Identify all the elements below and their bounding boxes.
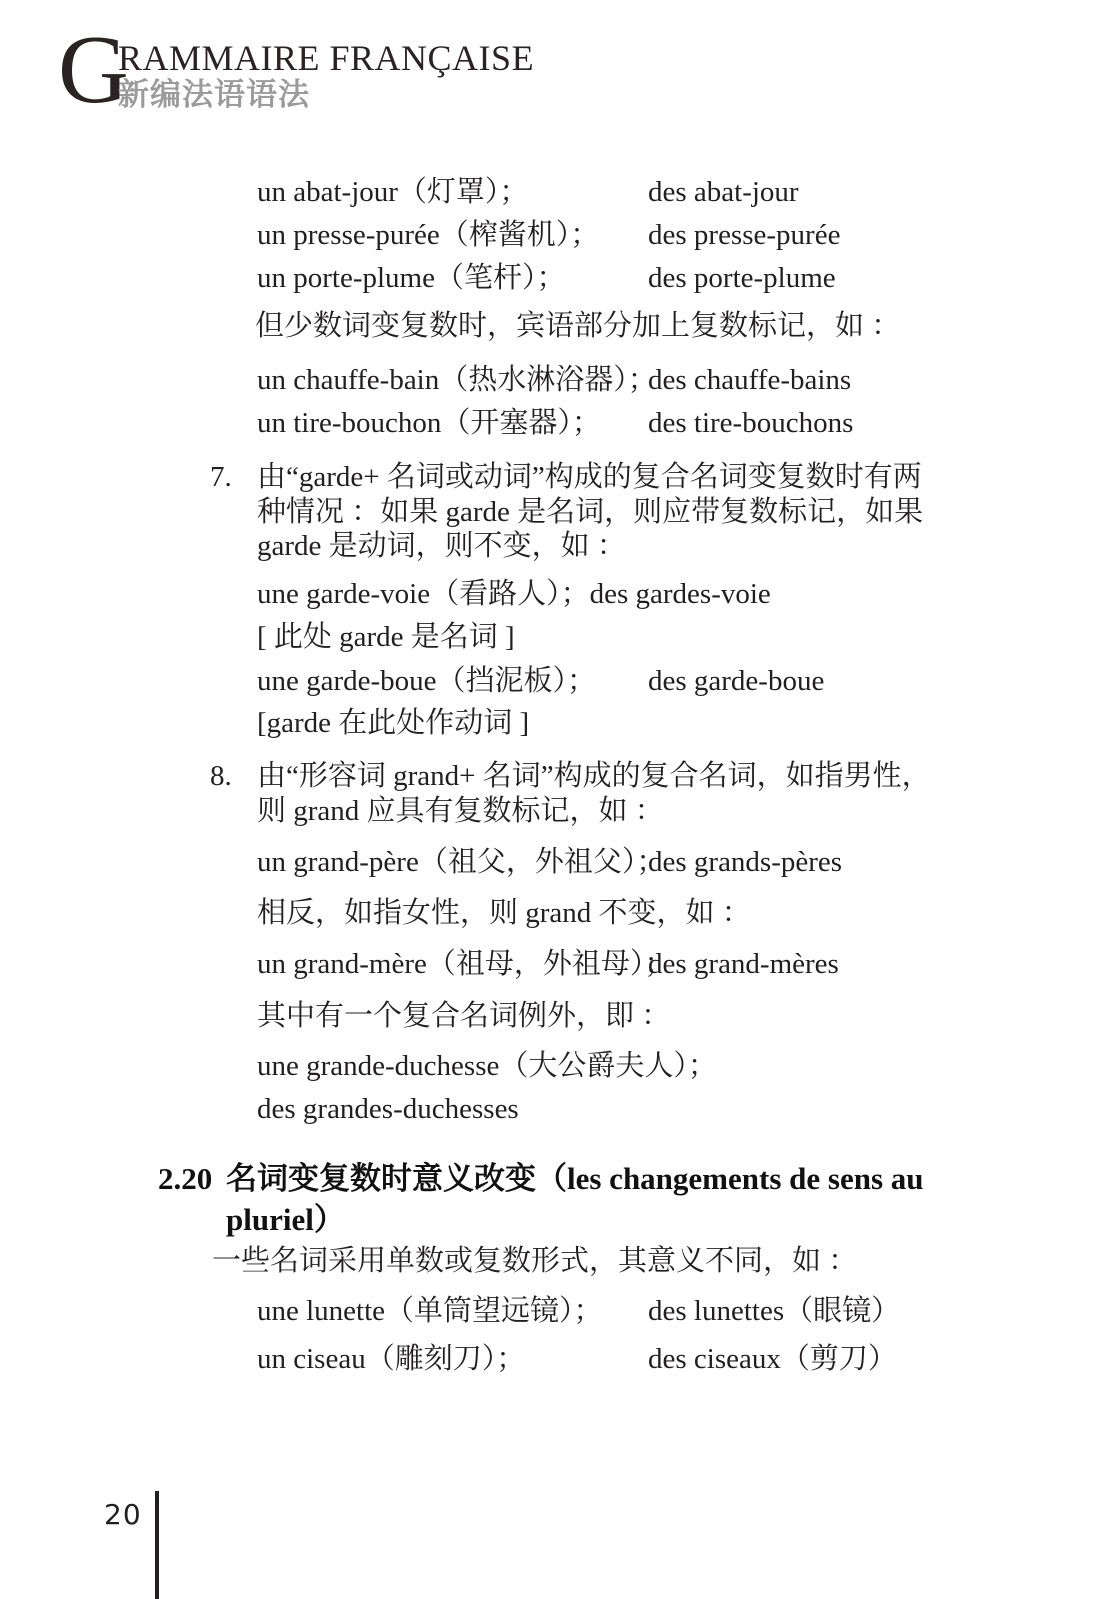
footer-rule [155, 1491, 159, 1599]
example-grandes-duchesses: des grandes-duchesses [257, 1093, 519, 1126]
example-plural: des porte-plume [648, 262, 836, 295]
example-row-chauffe-bain: un chauffe-bain（热水淋浴器）； des chauffe-bain… [257, 364, 851, 397]
example-singular: une lunette（单筒望远镜）； [257, 1295, 648, 1328]
section-intro: 一些名词采用单数或复数形式，其意义不同，如 ： [212, 1245, 857, 1278]
example-singular: une garde-boue（挡泥板）； [257, 665, 648, 698]
example-singular: un chauffe-bain（热水淋浴器）； [257, 364, 648, 397]
example-row-grand-mere: un grand-mère（祖母，外祖母）； des grand-mères [257, 948, 839, 981]
example-singular: un grand-père（祖父，外祖父）； [257, 846, 648, 879]
example-plural: des lunettes（眼镜） [648, 1295, 900, 1328]
note-exception: 其中有一个复合名词例外，即 ： [257, 1000, 670, 1033]
section-heading-2-20: 2.20 名词变复数时意义改变（les changements de sens … [158, 1158, 938, 1240]
example-row-abat-jour: un abat-jour（灯罩）； des abat-jour [257, 176, 799, 209]
logo-subtitle: 新编法语语法 [118, 78, 310, 112]
note-garde-noun: [ 此处 garde 是名词 ] [257, 621, 515, 654]
example-row-ciseau: un ciseau（雕刻刀）； des ciseaux（剪刀） [257, 1343, 897, 1376]
note-plural-marker: 但少数词变复数时，宾语部分加上复数标记，如 ： [255, 310, 900, 343]
example-plural: des presse-purée [648, 219, 840, 252]
example-plural: des abat-jour [648, 176, 799, 209]
example-row-presse-puree: un presse-purée（榨酱机）； des presse-purée [257, 219, 840, 252]
example-plural: des chauffe-bains [648, 364, 851, 397]
logo-title: RAMMAIRE FRANÇAISE [118, 40, 534, 76]
example-plural: des grand-mères [648, 948, 839, 981]
item-number: 8. [210, 759, 257, 828]
example-garde-voie: une garde-voie（看路人）；des gardes-voie [257, 578, 771, 611]
example-singular: un presse-purée（榨酱机）； [257, 219, 648, 252]
item-text: 由“garde+ 名词或动词”构成的复合名词变复数时有两种情况 ：如果 gard… [257, 460, 949, 564]
example-row-tire-bouchon: un tire-bouchon（开塞器）； des tire-bouchons [257, 407, 853, 440]
note-feminine: 相反，如指女性，则 grand 不变，如 ： [257, 897, 751, 930]
note-garde-verb: [garde 在此处作动词 ] [257, 707, 529, 740]
example-plural: des garde-boue [648, 665, 824, 698]
section-number: 2.20 [158, 1158, 226, 1240]
example-singular: un porte-plume（笔杆）； [257, 262, 648, 295]
page-number: 20 [104, 1498, 142, 1531]
list-item-8: 8. 由“形容词 grand+ 名词”构成的复合名词，如指男性，则 grand … [210, 759, 950, 828]
example-plural: des grands-pères [648, 846, 842, 879]
example-row-porte-plume: un porte-plume（笔杆）； des porte-plume [257, 262, 836, 295]
example-singular: un grand-mère（祖母，外祖母）； [257, 948, 648, 981]
example-row-grand-pere: un grand-père（祖父，外祖父）； des grands-pères [257, 846, 842, 879]
item-text: 由“形容词 grand+ 名词”构成的复合名词，如指男性，则 grand 应具有… [257, 759, 949, 828]
book-page: G RAMMAIRE FRANÇAISE 新编法语语法 un abat-jour… [0, 0, 1103, 1599]
example-plural: des ciseaux（剪刀） [648, 1343, 897, 1376]
example-row-lunette: une lunette（单筒望远镜）； des lunettes（眼镜） [257, 1295, 900, 1328]
example-singular: un ciseau（雕刻刀）； [257, 1343, 648, 1376]
example-grande-duchesse: une grande-duchesse（大公爵夫人）； [257, 1050, 717, 1083]
item-number: 7. [210, 460, 257, 564]
section-title: 名词变复数时意义改变（les changements de sens au pl… [226, 1158, 938, 1240]
example-singular: un tire-bouchon（开塞器）； [257, 407, 648, 440]
example-plural: des tire-bouchons [648, 407, 853, 440]
example-row-garde-boue: une garde-boue（挡泥板）； des garde-boue [257, 665, 824, 698]
list-item-7: 7. 由“garde+ 名词或动词”构成的复合名词变复数时有两种情况 ：如果 g… [210, 460, 950, 564]
example-singular: un abat-jour（灯罩）； [257, 176, 648, 209]
